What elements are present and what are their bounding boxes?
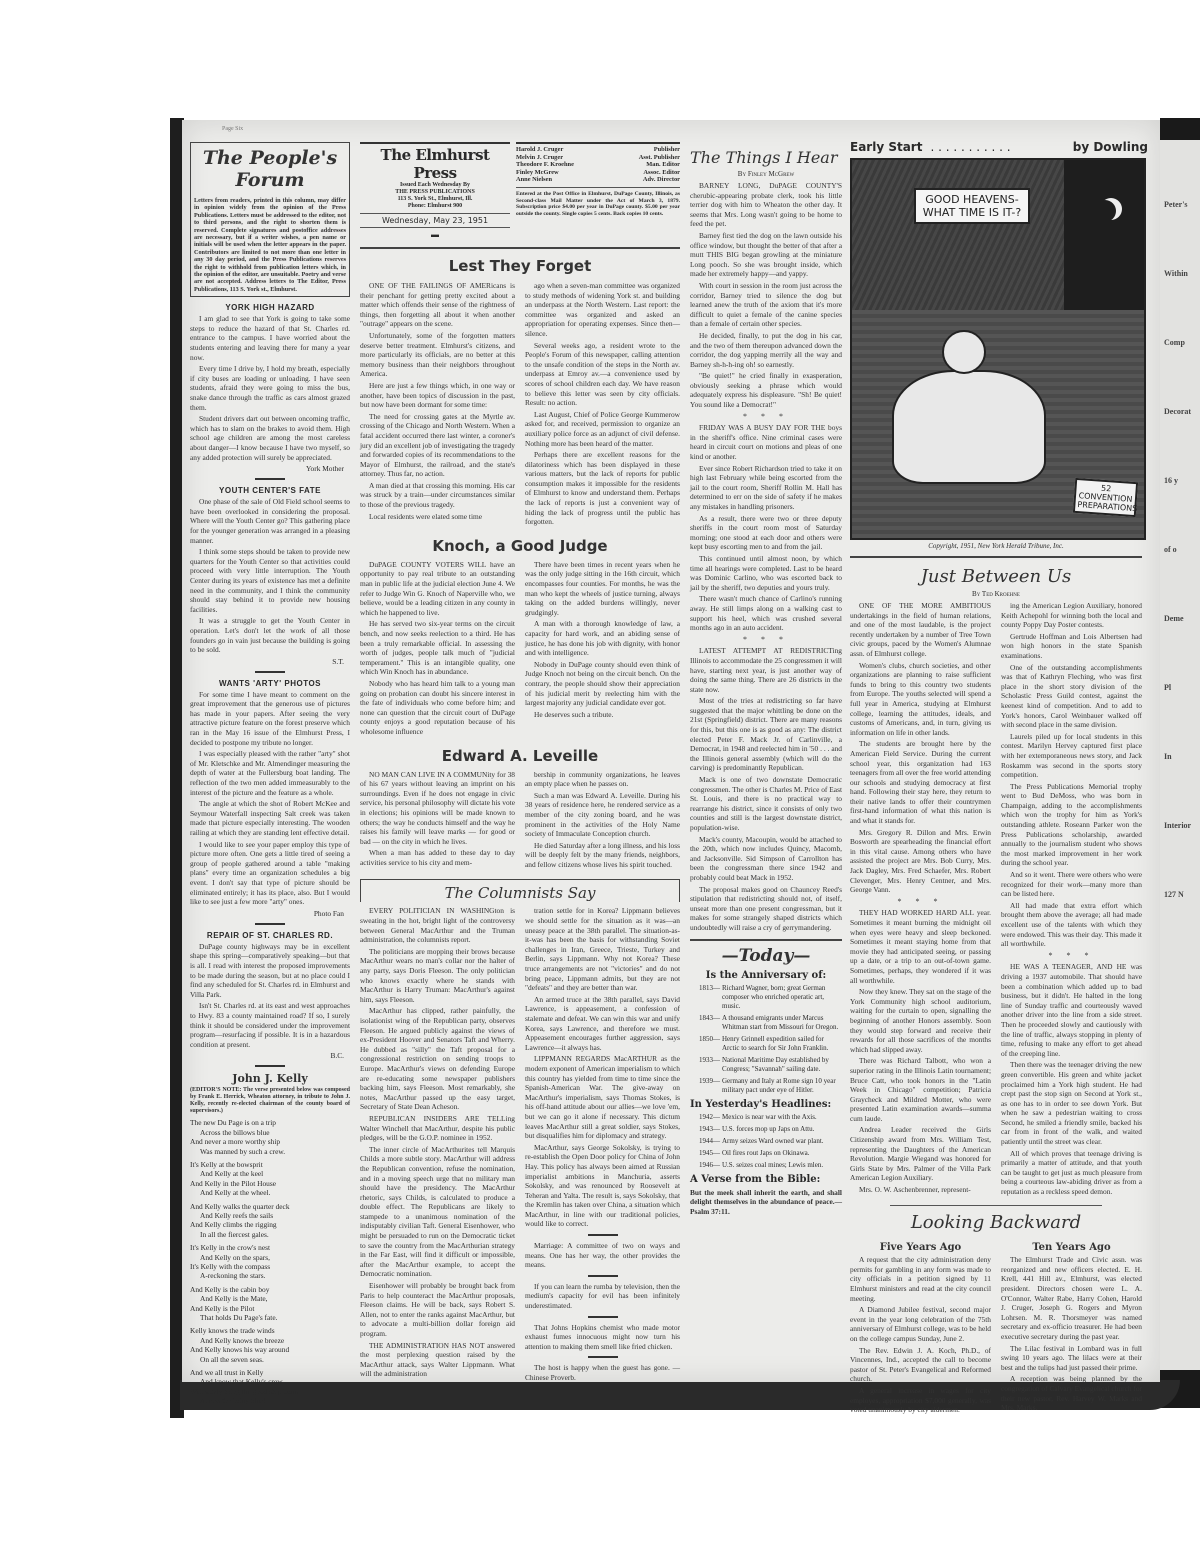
staff-role: Man. Editor [646,161,680,169]
star-separator: * * * [690,635,842,645]
edge-fragment: 127 N [1164,890,1200,899]
history-item: 1813—Richard Wagner, born; great German … [690,984,842,1011]
history-text: Mexico is near war with the Axis. [722,1113,817,1122]
cartoon-face [942,330,986,374]
paragraph: The Rev. Edwin J. A. Koch, Ph.D., of Vin… [850,1346,991,1384]
paragraph: Perhaps there are excellent reasons for … [525,450,680,527]
paragraph: Local residents were elated some time [360,512,515,522]
staff-name: Theodore F. Kroehne [516,161,574,169]
knoch-headline: Knoch, a Good Judge [360,537,680,555]
poem-line: Across the briny blue! [190,1396,350,1405]
poem-line: Kelly knows the trade winds [190,1326,350,1335]
columnists-box: The Columnists Say [360,879,680,902]
paragraph: Mack's county, Macoupin, would be attach… [690,835,842,883]
history-year: 1945— [690,1149,722,1158]
paper-name: The Elmhurst Press [360,146,510,182]
history-text: U.S. seizes coal mines; Lewis mlen. [722,1161,823,1170]
divider [850,556,1142,558]
paragraph: REPUBLICAN INSIDERS ARE TELLing Walter W… [360,1114,515,1143]
paragraph: He died Saturday after a long illness, a… [525,841,680,870]
paragraph: An armed truce at the 38th parallel, say… [525,995,680,1053]
leveille-headline: Edward A. Leveille [360,747,680,765]
paragraph: Mrs. Gregory R. Dillon and Mrs. Erwin Bo… [850,828,991,895]
just-between-us-body: ONE OF THE MORE AMBITIOUS undertakings i… [850,601,1142,1199]
edge-fragment: In [1164,752,1200,761]
forum-title-line1: The People's [194,147,346,169]
paragraph: Then there was the teenager driving the … [1001,1060,1142,1146]
poem-title: John J. Kelly [190,1072,350,1085]
paragraph: ago when a seven-man committee was organ… [525,281,680,339]
paragraph: He deserves such a tribute. [525,710,680,720]
paragraph: A reception was being planned by the con… [1001,1374,1142,1412]
today-headline: —Today— [690,946,842,966]
bible-verse: But the meek shall inherit the earth, an… [690,1188,842,1217]
paragraph: tration settle for in Korea? Lippmann be… [525,906,680,992]
paragraph: With court in session in the room just a… [690,281,842,329]
lest-they-forget-headline: Lest They Forget [360,257,680,275]
staff-list: Harold J. CrugerPublisherMelvin J. Cruge… [516,146,680,184]
leveille-body: NO MAN CAN LIVE IN A COMMUNity for 38 of… [360,770,680,872]
five-years-ago: Five Years Ago A request that the city a… [850,1239,991,1417]
staff-row: Theodore F. KroehneMan. Editor [516,161,680,169]
edge-fragment: of o [1164,545,1200,554]
paragraph: MacArthur, says George Sokolsky, is tryi… [525,1143,680,1229]
history-year: 1943— [690,1125,722,1134]
paragraph: Now they knew. They sat on the stage of … [850,987,991,1054]
paragraph: DuPAGE COUNTY VOTERS WILL have an opport… [360,560,515,618]
divider [360,213,510,214]
paragraph: The Lilac festival in Lombard was in ful… [1001,1344,1142,1373]
adjacent-page-fragments: Peter'sWithinCompDecorat16 yof oDemePlIn… [1164,200,1200,959]
paragraph: THEY HAD WORKED HARD ALL year. Sometimes… [850,908,991,985]
divider [360,227,510,228]
editorial-column: The Elmhurst Press Issued Each Wednesday… [360,142,680,1385]
headlines-heading: In Yesterday's Headlines: [690,1099,842,1110]
masthead-org: THE PRESS PUBLICATIONS [360,189,510,196]
paragraph: The students are brought here by the Ame… [850,739,991,825]
poem-stanza: The new Du Page is on a tripAcross the b… [190,1118,350,1156]
letter-heading: YORK HIGH HAZARD [190,303,350,312]
staff-name: Melvin J. Cruger [516,154,563,162]
masthead-phone: Phone: Elmhurst 900 [360,203,510,210]
poem-line: And know that Kelly's crew [190,1377,350,1386]
filler: If you can learn the rumba by television… [525,1282,680,1311]
poem-line: And Kelly is the Pilot [190,1304,350,1313]
knoch-body: DuPAGE COUNTY VOTERS WILL have an opport… [360,560,680,739]
ornament-icon: ▬ [360,230,510,239]
paragraph: Every time I drive by, I hold my breath,… [190,364,350,412]
cartoon-header: Early Start . . . . . . . . . . . by Dow… [850,140,1148,154]
letter-signature: B.C. [190,1051,344,1060]
paragraph: Gertrude Hoffman and Lois Albertsen had … [1001,632,1142,661]
paragraph: LATEST ATTEMPT AT REDISTRICTing Illinois… [690,646,842,694]
lest-they-forget-body: ONE OF THE FAILINGS OF AMERicans is thei… [360,281,680,529]
lest-they-forget-col2: ago when a seven-man committee was organ… [525,281,680,529]
paragraph: The Elmhurst Trade and Civic assn. was r… [1001,1255,1142,1341]
scan-margin-left [0,118,22,1553]
paragraph: "Be quiet!" he cried finally in exaspera… [690,371,842,409]
history-item: 1943—U.S. forces mop up Japs on Attu. [690,1125,842,1134]
things-i-hear-body: BARNEY LONG, DuPAGE COUNTY'S cherubic-ap… [690,181,842,933]
poem-line: And we all trust in Kelly [190,1368,350,1377]
history-item: 1933—National Maritime Day established b… [690,1056,842,1074]
poem-line: And Kelly at the wheel. [190,1188,350,1197]
history-item: 1850—Henry Grinnell expedition sailed fo… [690,1035,842,1053]
paragraph: Eisenhower will probably be brought back… [360,1281,515,1339]
poem-line: And Kelly is the Mate, [190,1294,350,1303]
letter-heading: REPAIR OF ST. CHARLES RD. [190,931,350,940]
paragraph: All had made that extra effort which bro… [1001,901,1142,949]
history-text: Army seizes Ward owned war plant. [722,1137,824,1146]
staff-role: Assoc. Editor [643,169,680,177]
history-text: A thousand emigrants under Marcus Whitma… [722,1014,842,1032]
paragraph: The inner circle of MacArthurites tell M… [360,1145,515,1279]
paragraph: NO MAN CAN LIVE IN A COMMUNity for 38 of… [360,770,515,847]
divider [360,247,680,249]
divider [588,1356,618,1358]
poem-section: John J. Kelly (EDITOR'S NOTE: The verse … [190,1072,350,1405]
filler: Marriage: A committee of two on ways and… [525,1241,680,1270]
poem-line: And Kelly is the cabin boy [190,1285,350,1294]
history-year: 1850— [690,1035,722,1053]
edge-fragment: Within [1164,269,1200,278]
poem-line: Was manned by such a crew. [190,1147,350,1156]
divider [255,1065,285,1067]
paragraph: This continued until almost noon, by whi… [690,554,842,592]
lest-they-forget-col1: ONE OF THE FAILINGS OF AMERicans is thei… [360,281,515,529]
poem-line: And Kelly reefs the sails [190,1211,350,1220]
moon-icon [1094,200,1116,222]
paragraph: EVERY POLITICIAN IN WASHINGton is sweati… [360,906,515,944]
paragraph: There have been times in recent years wh… [525,560,680,618]
leveille-col2: bership in community organizations, he l… [525,770,680,872]
looking-backward-headline: Looking Backward [850,1212,1142,1233]
staff-row: Finley McGrewAssoc. Editor [516,169,680,177]
history-text: Oil fires rout Japs on Okinawa. [722,1149,809,1158]
paragraph: Unfortunately, some of the forgotten mat… [360,331,515,379]
history-year: 1944— [690,1137,722,1146]
paragraph: Mack is one of two downstate Democratic … [690,775,842,833]
things-i-hear-byline: By Finley McGrew [690,170,842,178]
paragraph: The need for crossing gates at the Myrtl… [360,412,515,479]
paragraph: Student drivers dart out between oncomin… [190,414,350,462]
divider [516,187,680,188]
issue-date: Wednesday, May 23, 1951 [360,216,510,225]
paragraph: Such a man was Edward A. Leveille. Durin… [525,791,680,839]
history-year: 1843— [690,1014,722,1032]
page-top-strip: Page Six [222,126,243,132]
poem-stanza: It's Kelly at the bowspritAnd Kelly at t… [190,1160,350,1198]
speech-balloon: GOOD HEAVENS- WHAT TIME IS IT-? [914,188,1030,224]
paragraph: HE WAS A TEENAGER, AND HE was driving a … [1001,962,1142,1058]
just-between-us-headline: Just Between Us [850,566,1142,587]
just-between-us-section: Just Between Us By Ted Kroehne ONE OF TH… [850,566,1142,1417]
paragraph: All of which proves that teenage driving… [1001,1149,1142,1197]
ten-years-ago: Ten Years Ago The Elmhurst Trade and Civ… [1001,1239,1142,1417]
poem-line: In all the fiercest gales. [190,1230,350,1239]
masthead-right: Harold J. CrugerPublisherMelvin J. Cruge… [516,142,680,241]
poem-line: Across the billows blue [190,1128,350,1137]
masthead-address: 113 S. York St., Elmhurst, Ill. [360,196,510,203]
things-i-hear-headline: The Things I Hear [690,148,842,167]
letter-body: For some time I have meant to comment on… [190,690,350,907]
history-year: 1813— [690,984,722,1011]
edge-fragment: Comp [1164,338,1200,347]
paragraph: Mrs. O. W. Aschenbrenner, represent- [850,1185,991,1195]
verse-heading: A Verse from the Bible: [690,1174,842,1185]
yesterday-headlines-list: 1942—Mexico is near war with the Axis.19… [690,1113,842,1170]
history-item: 1942—Mexico is near war with the Axis. [690,1113,842,1122]
poem-line: On all the seven seas. [190,1355,350,1364]
anniversary-list: 1813—Richard Wagner, born; great German … [690,984,842,1095]
paragraph: Women's clubs, church societies, and oth… [850,661,991,738]
poem-line: And Kelly walks the quarter deck [190,1202,350,1211]
star-separator: * * * [1001,951,1142,961]
poem-body: The new Du Page is on a tripAcross the b… [190,1118,350,1405]
paragraph: Andrea Leader received the Girls Citizen… [850,1125,991,1183]
history-text: National Maritime Day established by Con… [722,1056,842,1074]
paragraph: Nobody who has heard him talk to a young… [360,679,515,737]
paragraph: For some time I have meant to comment on… [190,690,350,748]
paragraph: Here are just a few things which, in one… [360,381,515,410]
staff-row: Harold J. CrugerPublisher [516,146,680,154]
paragraph: There wasn't much chance of Carlino's ru… [690,594,842,632]
history-item: 1843—A thousand emigrants under Marcus W… [690,1014,842,1032]
history-year: 1933— [690,1056,722,1074]
paragraph: Several weeks ago, a resident wrote to t… [525,341,680,408]
entry-notice: Entered at the Post Office in Elmhurst, … [516,191,680,217]
ten-years-title: Ten Years Ago [1001,1243,1142,1253]
letter-signature: S.T. [190,657,344,666]
history-year: 1939— [690,1077,722,1095]
poem-editor-note: (EDITOR'S NOTE: The verse presented belo… [190,1087,350,1115]
cartoon-copyright: Copyright, 1951, New York Herald Tribune… [850,542,1142,550]
history-year: 1946— [690,1161,722,1170]
letter-body: I am glad to see that York is going to t… [190,314,350,462]
staff-name: Anne Nielsen [516,176,552,184]
columnists-col1: EVERY POLITICIAN IN WASHINGton is sweati… [360,906,515,1384]
star-separator: * * * [850,897,991,907]
leveille-col1: NO MAN CAN LIVE IN A COMMUNity for 38 of… [360,770,515,872]
history-item: 1944—Army seizes Ward owned war plant. [690,1137,842,1146]
peoples-forum-column: The People's Forum Letters from readers,… [190,142,350,1410]
paragraph: It was a struggle to get the Youth Cente… [190,616,350,654]
poem-line: It's Kelly with the compass [190,1262,350,1271]
today-section: —Today— Is the Anniversary of: 1813—Rich… [690,946,842,1217]
cartoon-figure-sleeper [892,370,1046,484]
poem-line: And never a more worthy ship [190,1137,350,1146]
poem-stanza: It's Kelly in the crow's nestAnd Kelly o… [190,1243,350,1281]
paragraph: He decided, finally, to put the dog in h… [690,331,842,369]
staff-row: Melvin J. CrugerAsst. Publisher [516,154,680,162]
staff-role: Publisher [654,146,680,154]
paragraph: THE ADMINISTRATION HAS NOT answered the … [360,1341,515,1379]
editorial-cartoon: GOOD HEAVENS- WHAT TIME IS IT-? 52 CONVE… [850,158,1146,540]
history-item: 1939—Germany and Italy at Rome sign 10 y… [690,1077,842,1095]
paragraph: A general increase in wages for city emp… [850,1386,991,1415]
letter-body: DuPage county highways may be in excelle… [190,942,350,1050]
cartoon-title: Early Start [850,140,922,154]
divider [588,1316,618,1318]
just-between-us-col2: ing the American Legion Auxiliary, honor… [1001,601,1142,1199]
looking-backward-body: Five Years Ago A request that the city a… [850,1239,1142,1417]
poem-line: And Kelly knows the breeze [190,1336,350,1345]
staff-role: Adv. Director [643,176,680,184]
poem-stanza: Kelly knows the trade windsAnd Kelly kno… [190,1326,350,1364]
knoch-col2: There have been times in recent years wh… [525,560,680,739]
history-text: Germany and Italy at Rome sign 10 year m… [722,1077,842,1095]
poem-stanza: And we all trust in KellyAnd know that K… [190,1368,350,1406]
masthead: The Elmhurst Press Issued Each Wednesday… [360,142,680,241]
paragraph: I think some steps should be taken to pr… [190,547,350,614]
five-years-paragraphs: A request that the city administration d… [850,1255,991,1415]
cartoon-artist: by Dowling [1073,140,1148,154]
edge-fragment: Pl [1164,683,1200,692]
columnists-headline: The Columnists Say [361,884,679,902]
letter-signature: York Mother [190,464,344,473]
paragraph: When a man has added to these day to day… [360,848,515,867]
history-item: 1945—Oil fires rout Japs on Okinawa. [690,1149,842,1158]
fillers: Marriage: A committee of two on ways and… [525,1234,680,1383]
paragraph: MacArthur has clipped, rather painfully,… [360,1006,515,1112]
paragraph: ONE OF THE FAILINGS OF AMERicans is thei… [360,281,515,329]
forum-letters: YORK HIGH HAZARDI am glad to see that Yo… [190,303,350,1060]
five-years-title: Five Years Ago [850,1243,991,1253]
paragraph: ONE OF THE MORE AMBITIOUS undertakings i… [850,601,991,659]
just-between-us-byline: By Ted Kroehne [850,590,1142,598]
paragraph: The politicians are mopping their brows … [360,947,515,1005]
paragraph: I would like to see your paper employ th… [190,840,350,907]
divider [588,1234,618,1236]
paragraph: He has served two six-year terms on the … [360,619,515,677]
poem-line: And Kelly on the spars, [190,1253,350,1262]
poem-line: And Kelly knows his way around [190,1345,350,1354]
peoples-forum-box: The People's Forum Letters from readers,… [190,142,350,297]
paragraph: bership in community organizations, he l… [525,770,680,789]
edge-fragment: Peter's [1164,200,1200,209]
paragraph: Laurels piled up for local students in t… [1001,732,1142,780]
columnists-body: EVERY POLITICIAN IN WASHINGton is sweati… [360,906,680,1384]
just-between-us-col1: ONE OF THE MORE AMBITIOUS undertakings i… [850,601,991,1199]
poem-line: And Kelly climbs the rigging [190,1220,350,1229]
paragraph: ing the American Legion Auxiliary, honor… [1001,601,1142,630]
paragraph: A man died at that crossing this morning… [360,481,515,510]
paragraph: A man with a thorough knowledge of law, … [525,619,680,657]
edge-fragment: Deme [1164,614,1200,623]
paragraph: A request that the city administration d… [850,1255,991,1303]
forum-intro: Letters from readers, printed in this co… [194,197,346,293]
paragraph: Barney first tied the dog on the lawn ou… [690,231,842,279]
paragraph: The Press Publications Memorial trophy w… [1001,782,1142,868]
divider [255,923,285,925]
history-text: Richard Wagner, born; great German compo… [722,984,842,1011]
staff-role: Asst. Publisher [639,154,680,162]
history-text: U.S. forces mop up Japs on Attu. [722,1125,814,1134]
masthead-left: The Elmhurst Press Issued Each Wednesday… [360,142,510,241]
filler: The host is happy when the guest has gon… [525,1363,680,1382]
knoch-col1: DuPAGE COUNTY VOTERS WILL have an opport… [360,560,515,739]
divider [690,939,842,941]
paragraph: Last August, Chief of Police George Kumm… [525,410,680,448]
columnists-col2-wrap: tration settle for in Korea? Lippmann be… [525,906,680,1384]
poem-line: Will safely bring the good ship home [190,1387,350,1396]
edge-fragment: 16 y [1164,476,1200,485]
paragraph: I was especially pleased with the rather… [190,749,350,797]
anniversary-heading: Is the Anniversary of: [690,970,842,981]
divider [255,671,285,673]
star-separator: * * * [690,412,842,422]
poem-line: And Kelly in the Pilot House [190,1179,350,1188]
cartoon-dots: . . . . . . . . . . . [922,140,1072,154]
things-i-hear-column: The Things I Hear By Finley McGrew BARNE… [690,148,842,1216]
ten-years-paragraphs: The Elmhurst Trade and Civic assn. was r… [1001,1255,1142,1413]
paragraph: Most of the tries at redistricting so fa… [690,696,842,773]
paragraph: Ever since Robert Richardson tried to ta… [690,464,842,512]
paragraph: As a result, there were two or three dep… [690,514,842,552]
divider [588,1275,618,1277]
history-item: 1946—U.S. seizes coal mines; Lewis mlen. [690,1161,842,1170]
right-column: Early Start . . . . . . . . . . . by Dow… [850,140,1148,154]
letter-heading: WANTS 'ARTY' PHOTOS [190,679,350,688]
letter-heading: YOUTH CENTER'S FATE [190,486,350,495]
paragraph: I am glad to see that York is going to t… [190,314,350,362]
paragraph: Isn't St. Charles rd. at its east and we… [190,1001,350,1049]
paragraph: FRIDAY WAS A BUSY DAY FOR THE boys in th… [690,423,842,461]
divider [890,1205,1102,1206]
letter-signature: Photo Fan [190,909,344,918]
paragraph: A Diamond Jubilee festival, second major… [850,1305,991,1343]
newspaper-page: Page Six The People's Forum Letters from… [182,120,1160,1382]
paragraph: One of the outstanding accomplishments w… [1001,663,1142,730]
columnists-col2: tration settle for in Korea? Lippmann be… [525,906,680,1229]
paragraph: The angle at which the shot of Robert Mc… [190,799,350,837]
poem-line: That holds Du Page's fate. [190,1313,350,1322]
poem-stanza: And Kelly is the cabin boyAnd Kelly is t… [190,1285,350,1323]
poem-line: It's Kelly at the bowsprit [190,1160,350,1169]
paragraph: One phase of the sale of Old Field schoo… [190,497,350,545]
poem-line: It's Kelly in the crow's nest [190,1243,350,1252]
paragraph: DuPage county highways may be in excelle… [190,942,350,1000]
paragraph: The proposal makes good on Chauncey Reed… [690,885,842,933]
paragraph: Nobody in DuPage county should even thin… [525,660,680,708]
edge-fragment: Decorat [1164,407,1200,416]
divider [255,478,285,480]
edge-fragment: Interior [1164,821,1200,830]
poem-line: And Kelly at the keel [190,1169,350,1178]
convention-sign: 52 CONVENTION PREPARATIONS [1073,478,1138,517]
staff-name: Finley McGrew [516,169,559,177]
history-text: Henry Grinnell expedition sailed for Arc… [722,1035,842,1053]
staff-row: Anne NielsenAdv. Director [516,176,680,184]
poem-stanza: And Kelly walks the quarter deckAnd Kell… [190,1202,350,1240]
paragraph: And so it went. There were others who we… [1001,870,1142,899]
forum-title-line2: Forum [194,169,346,191]
letter-body: One phase of the sale of Old Field schoo… [190,497,350,655]
staff-name: Harold J. Cruger [516,146,563,154]
poem-line: A-reckoning the stars. [190,1271,350,1280]
masthead-issued: Issued Each Wednesday By [360,182,510,189]
paragraph: BARNEY LONG, DuPAGE COUNTY'S cherubic-ap… [690,181,842,229]
poem-line: The new Du Page is on a trip [190,1118,350,1127]
paragraph: LIPPMANN REGARDS MacARTHUR as the modern… [525,1054,680,1140]
history-year: 1942— [690,1113,722,1122]
paragraph: There was Richard Talbott, who won a sup… [850,1056,991,1123]
filler: That Johns Hopkins chemist who made moto… [525,1323,680,1352]
